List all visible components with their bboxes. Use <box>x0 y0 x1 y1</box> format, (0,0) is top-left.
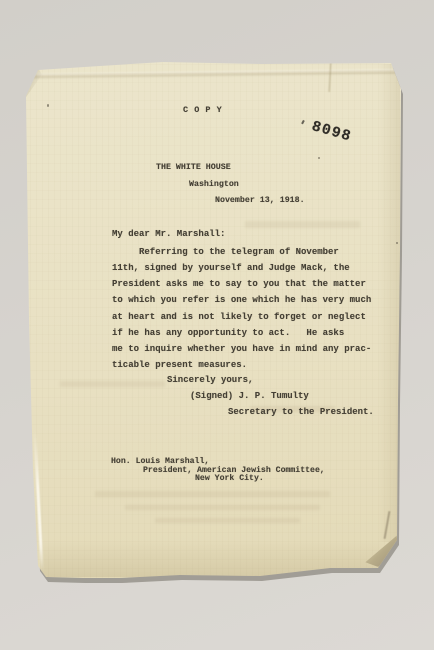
paper-edge-shade-right <box>378 64 400 542</box>
body-line: Referring to the telegram of November <box>112 244 371 260</box>
body-line: ticable present measures. <box>112 357 371 373</box>
bleedthrough-mark <box>95 491 330 497</box>
closing-valediction: Sincerely yours, <box>167 376 253 385</box>
body-line: President asks me to say to you that the… <box>112 276 371 292</box>
bleedthrough-mark <box>155 518 300 523</box>
bleedthrough-mark <box>60 381 165 387</box>
bleedthrough-mark <box>245 221 360 228</box>
letterhead-date: November 13, 1918. <box>215 197 305 205</box>
paper-speck <box>47 104 49 107</box>
copy-label: C O P Y <box>183 106 222 115</box>
body-line: 11th, signed by yourself and Judge Mack,… <box>112 260 371 276</box>
body-line: to which you refer is one which he has v… <box>112 292 371 308</box>
letter-body: Referring to the telegram of November 11… <box>112 244 371 373</box>
body-line: at heart and is not likely to forget or … <box>112 309 371 325</box>
letterhead-city: Washington <box>189 181 239 189</box>
recipient-block: Hon. Louis Marshall, President, American… <box>111 458 325 484</box>
body-line: me to inquire whether you have in mind a… <box>112 341 371 357</box>
recipient-line-3: New York City. <box>111 475 325 484</box>
body-line: if he has any opportunity to act. He ask… <box>112 325 371 341</box>
salutation-line: My dear Mr. Marshall: <box>112 230 225 239</box>
closing-signature: (Signed) J. P. Tumulty <box>190 392 309 401</box>
bleedthrough-mark <box>125 505 320 510</box>
closing-signer-title: Secretary to the President. <box>228 408 374 417</box>
letterhead-organization: THE WHITE HOUSE <box>156 164 231 172</box>
paper-speck <box>396 242 398 244</box>
paper-speck <box>318 157 320 159</box>
letter-paper: C O P Y 8098 THE WHITE HOUSE Washington … <box>0 0 434 650</box>
photo-background: C O P Y 8098 THE WHITE HOUSE Washington … <box>0 0 434 650</box>
